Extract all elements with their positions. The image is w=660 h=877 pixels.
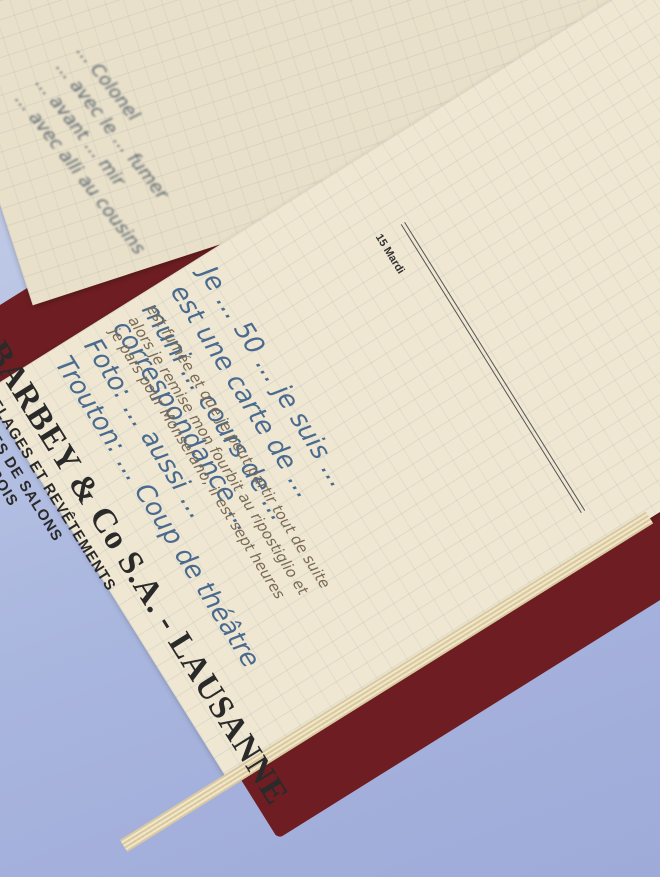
notebook-photo: ... Colonel ... avec le ... fumer ... av… bbox=[0, 0, 660, 877]
